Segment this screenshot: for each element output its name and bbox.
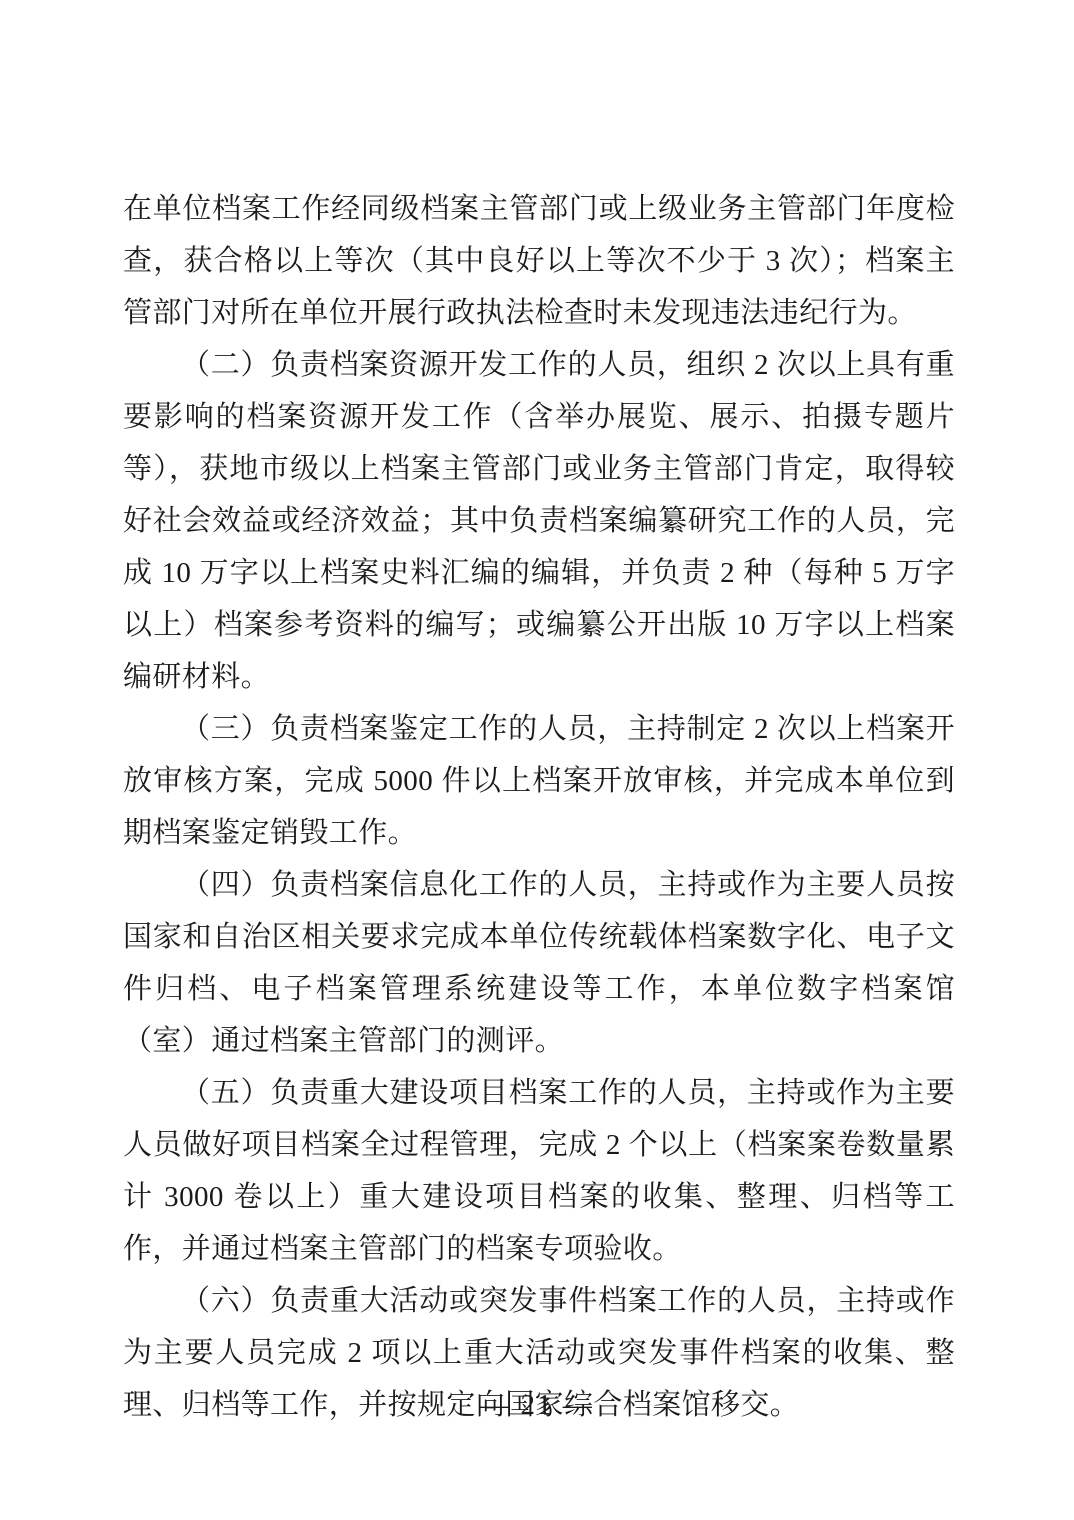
document-body: 在单位档案工作经同级档案主管部门或上级业务主管部门年度检查，获合格以上等次（其中… (123, 183, 955, 1431)
paragraph: （五）负责重大建设项目档案工作的人员，主持或作为主要人员做好项目档案全过程管理，… (123, 1067, 955, 1275)
paragraph: （二）负责档案资源开发工作的人员，组织 2 次以上具有重要影响的档案资源开发工作… (123, 339, 955, 703)
paragraph: （四）负责档案信息化工作的人员，主持或作为主要人员按国家和自治区相关要求完成本单… (123, 859, 955, 1067)
document-page: 在单位档案工作经同级档案主管部门或上级业务主管部门年度检查，获合格以上等次（其中… (0, 0, 1074, 1520)
paragraph: 在单位档案工作经同级档案主管部门或上级业务主管部门年度检查，获合格以上等次（其中… (123, 183, 955, 339)
page-number: — 21 — (0, 1383, 1074, 1427)
paragraph: （三）负责档案鉴定工作的人员，主持制定 2 次以上档案开放审核方案，完成 500… (123, 703, 955, 859)
